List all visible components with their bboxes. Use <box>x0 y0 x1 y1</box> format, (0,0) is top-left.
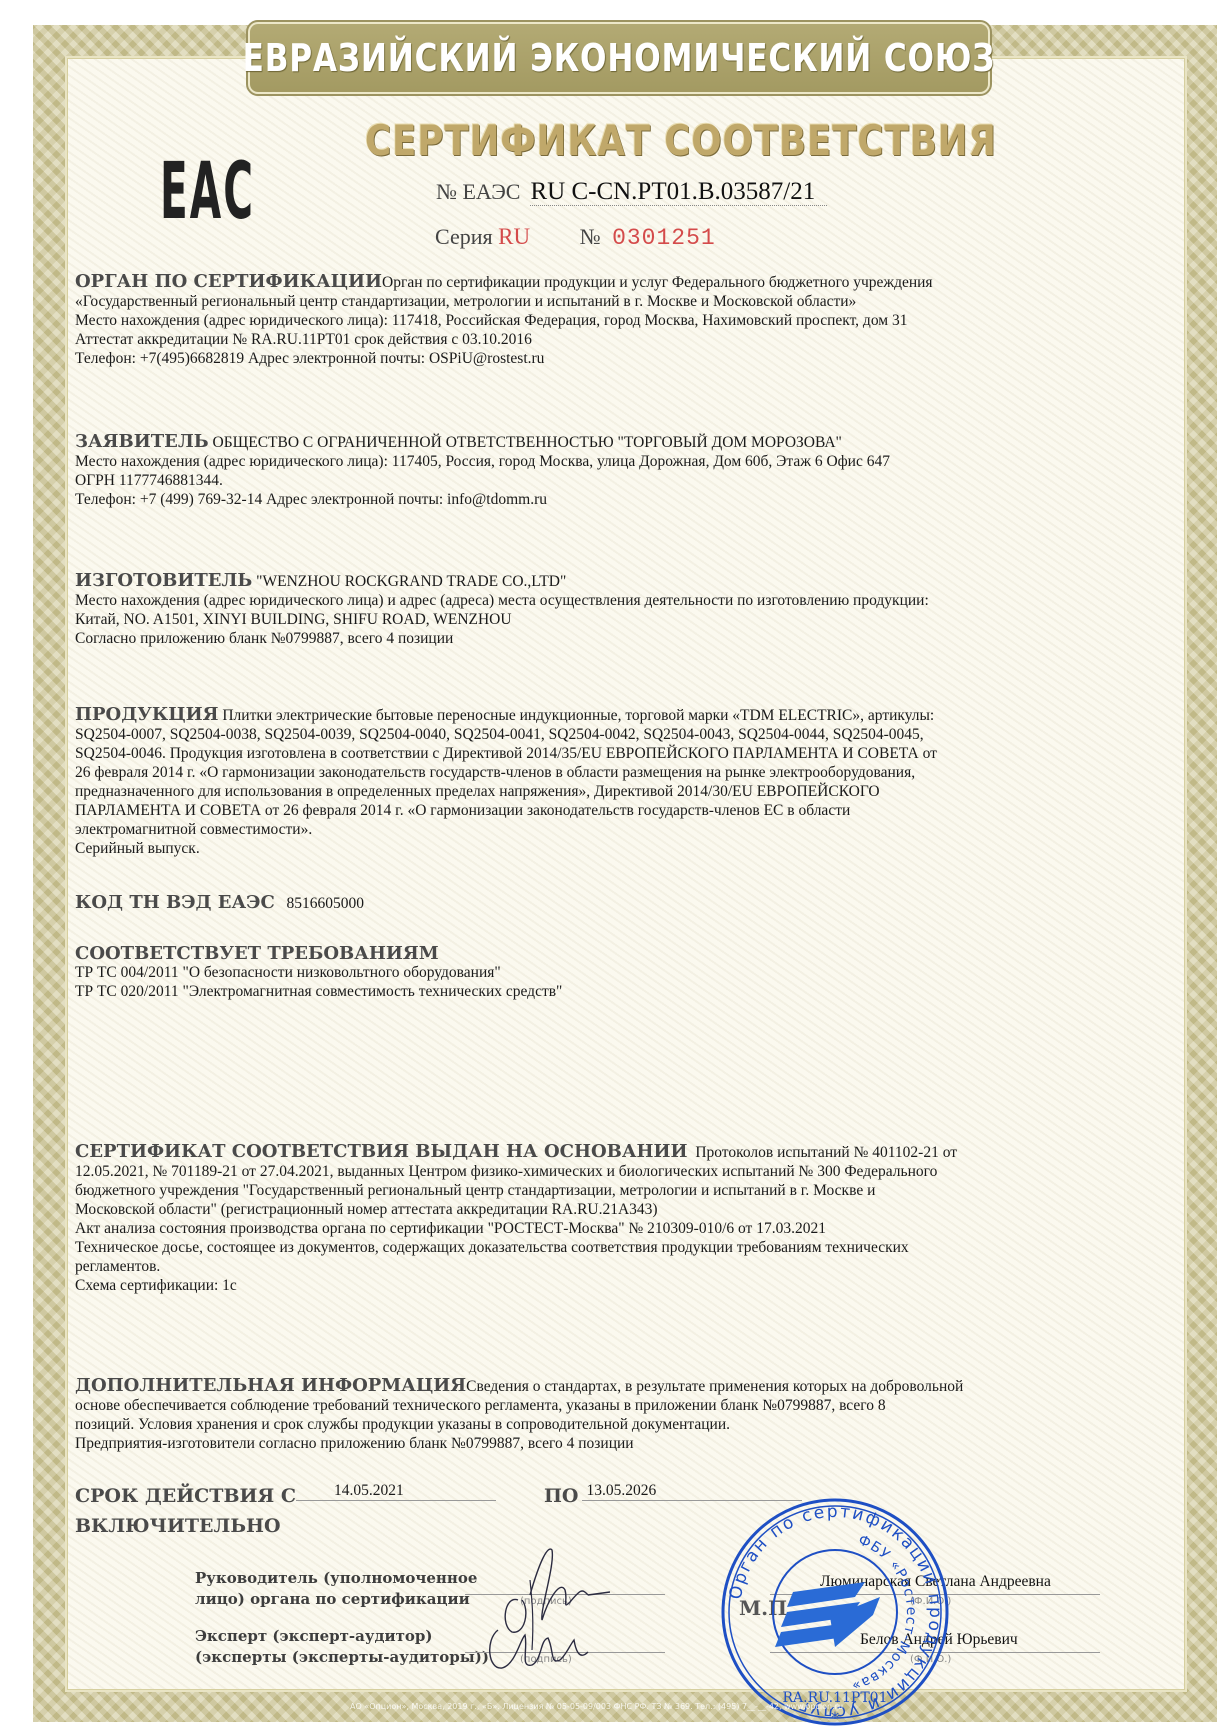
additional-info-line: Предприятия-изготовители согласно прилож… <box>75 1434 1170 1453</box>
certificate-title: СЕРТИФИКАТ СООТВЕТСТВИЯ <box>365 116 875 165</box>
blank-number-label: № <box>580 224 601 249</box>
certification-seal-icon: Орган по сертификации продукции и услуг … <box>715 1497 955 1727</box>
expert-label-line: (эксперты (эксперты-аудиторы)) <box>195 1647 489 1668</box>
product-line: предназначенного для использования в опр… <box>75 782 1170 801</box>
certificate-number-label: № ЕАЭС <box>436 179 520 204</box>
section-applicant: ЗАЯВИТЕЛЬ ОБЩЕСТВО С ОГРАНИЧЕННОЙ ОТВЕТС… <box>75 432 1170 509</box>
manufacturer-address: Китай, NO. A1501, XINYI BUILDING, SHIFU … <box>75 610 1170 629</box>
certificate-number: № ЕАЭС RU C-CN.PT01.B.03587/21 <box>436 178 827 206</box>
basis-line: бюджетного учреждения "Государственный р… <box>75 1181 1170 1200</box>
handwritten-signature-icon <box>470 1540 640 1680</box>
certification-body-line: Орган по сертификации продукции и услуг … <box>382 274 933 291</box>
manufacturer-heading: ИЗГОТОВИТЕЛЬ <box>75 570 252 591</box>
certification-body-line: «Государственный региональный центр стан… <box>75 292 1170 311</box>
basis-line: Акт анализа состояния производства орган… <box>75 1219 1170 1238</box>
eac-logo-icon: ЕАС <box>160 150 202 235</box>
expert-label-line: Эксперт (эксперт-аудитор) <box>195 1626 489 1647</box>
manufacturer-appendix: Согласно приложению бланк №0799887, всег… <box>75 629 1170 648</box>
expert-signature-row: Эксперт (эксперт-аудитор) (эксперты (экс… <box>195 1626 1095 1684</box>
requirement-item: ТР ТС 020/2011 "Электромагнитная совмест… <box>75 982 1170 1001</box>
product-line: Плитки электрические бытовые переносные … <box>222 707 934 724</box>
certification-scheme: Схема сертификации: 1с <box>75 1276 1170 1295</box>
product-line: 26 февраля 2014 г. «О гармонизации закон… <box>75 763 1170 782</box>
section-basis: СЕРТИФИКАТ СООТВЕТСТВИЯ ВЫДАН НА ОСНОВАН… <box>75 1142 1170 1295</box>
applicant-address: Место нахождения (адрес юридического лиц… <box>75 452 1170 471</box>
section-requirements: СООТВЕТСТВУЕТ ТРЕБОВАНИЯМ ТР ТС 004/2011… <box>75 944 1170 1001</box>
basis-line: Московской области" (регистрационный ном… <box>75 1200 1170 1219</box>
signature-block: Руководитель (уполномоченное лицо) орган… <box>195 1568 1095 1684</box>
applicant-name: ОБЩЕСТВО С ОГРАНИЧЕННОЙ ОТВЕТСТВЕННОСТЬЮ… <box>213 434 842 451</box>
product-line: ПАРЛАМЕНТА И СОВЕТА от 26 февраля 2014 г… <box>75 801 1170 820</box>
requirement-item: ТР ТС 004/2011 "О безопасности низковоль… <box>75 963 1170 982</box>
product-line: электромагнитной совместимости». <box>75 820 1170 839</box>
section-hs-code: КОД ТН ВЭД ЕАЭС 8516605000 <box>75 893 1170 913</box>
blank-number-value: 0301251 <box>612 225 716 251</box>
union-banner: ЕВРАЗИЙСКИЙ ЭКОНОМИЧЕСКИЙ СОЮЗ <box>248 22 990 94</box>
accreditation-line: Аттестат аккредитации № RA.RU.11PT01 сро… <box>75 330 1170 349</box>
additional-info-heading: ДОПОЛНИТЕЛЬНАЯ ИНФОРМАЦИЯ <box>75 1375 466 1396</box>
basis-line: 12.05.2021, № 701189-21 от 27.04.2021, в… <box>75 1162 1170 1181</box>
applicant-heading: ЗАЯВИТЕЛЬ <box>75 431 209 452</box>
series-label: Серия <box>435 224 493 249</box>
additional-info-line: Сведения о стандартах, в результате прим… <box>466 1378 963 1395</box>
validity-from-date: 14.05.2021 <box>296 1482 496 1501</box>
manufacturer-address-label: Место нахождения (адрес юридического лиц… <box>75 591 1170 610</box>
additional-info-line: позиций. Условия хранения и срок службы … <box>75 1415 1170 1434</box>
head-label-line: Руководитель (уполномоченное <box>195 1568 477 1589</box>
section-manufacturer: ИЗГОТОВИТЕЛЬ "WENZHOU ROCKGRAND TRADE CO… <box>75 571 1170 648</box>
requirements-heading: СООТВЕТСТВУЕТ ТРЕБОВАНИЯМ <box>75 944 1170 963</box>
hs-code-value: 8516605000 <box>286 895 364 912</box>
basis-line: Техническое досье, состоящее из документ… <box>75 1238 1170 1257</box>
validity-from-label: СРОК ДЕЙСТВИЯ С <box>75 1485 296 1507</box>
certification-body-heading: ОРГАН ПО СЕРТИФИКАЦИИ <box>75 271 382 292</box>
additional-info-line: основе обеспечивается соблюдение требова… <box>75 1396 1170 1415</box>
head-label-line: лицо) органа по сертификации <box>195 1589 477 1610</box>
head-signature-row: Руководитель (уполномоченное лицо) орган… <box>195 1568 1095 1626</box>
contact-line: Телефон: +7(495)6682819 Адрес электронно… <box>75 349 1170 368</box>
series-value: RU <box>498 224 530 249</box>
certificate-number-value: RU C-CN.PT01.B.03587/21 <box>530 178 827 206</box>
basis-line: регламентов. <box>75 1257 1170 1276</box>
expert-label: Эксперт (эксперт-аудитор) (эксперты (экс… <box>195 1626 489 1668</box>
blank-series: Серия RU № 0301251 <box>435 224 716 251</box>
union-title: ЕВРАЗИЙСКИЙ ЭКОНОМИЧЕСКИЙ СОЮЗ <box>243 36 996 80</box>
printer-imprint: АО «Опцион», Москва, 2019 г., «Б». Лицен… <box>350 1702 843 1711</box>
head-label: Руководитель (уполномоченное лицо) орган… <box>195 1568 477 1610</box>
certification-body-line: Место нахождения (адрес юридического лиц… <box>75 311 1170 330</box>
applicant-ogrn: ОГРН 1177746881344. <box>75 471 1170 490</box>
validity-to-label: ПО <box>544 1485 579 1507</box>
section-certification-body: ОРГАН ПО СЕРТИФИКАЦИИОрган по сертификац… <box>75 272 1170 368</box>
basis-line: Протоколов испытаний № 401102-21 от <box>695 1144 957 1161</box>
applicant-contact: Телефон: +7 (499) 769-32-14 Адрес электр… <box>75 490 1170 509</box>
product-serial: Серийный выпуск. <box>75 839 1170 858</box>
product-articles: SQ2504-0007, SQ2504-0038, SQ2504-0039, S… <box>75 725 1170 744</box>
manufacturer-name: "WENZHOU ROCKGRAND TRADE CO.,LTD" <box>256 573 566 590</box>
hs-code-heading: КОД ТН ВЭД ЕАЭС <box>75 892 275 913</box>
product-line: SQ2504-0046. Продукция изготовлена в соо… <box>75 744 1170 763</box>
section-product: ПРОДУКЦИЯ Плитки электрические бытовые п… <box>75 705 1170 858</box>
section-additional-info: ДОПОЛНИТЕЛЬНАЯ ИНФОРМАЦИЯСведения о стан… <box>75 1376 1170 1453</box>
basis-heading: СЕРТИФИКАТ СООТВЕТСТВИЯ ВЫДАН НА ОСНОВАН… <box>75 1141 688 1162</box>
product-heading: ПРОДУКЦИЯ <box>75 704 218 725</box>
